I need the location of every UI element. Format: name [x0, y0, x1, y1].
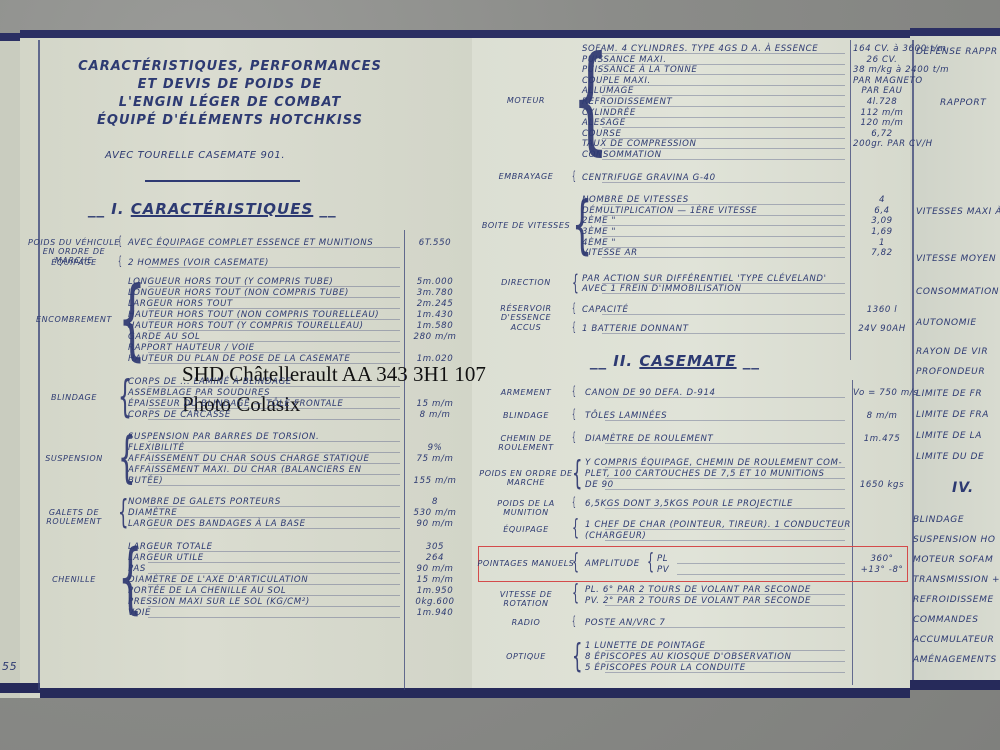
row-group-label: VITESSE DE ROTATION [476, 590, 576, 608]
row-text: PAS [128, 564, 146, 574]
row-text: PV [657, 565, 669, 575]
leader-line [148, 595, 400, 596]
row-value: +13° -8° [853, 565, 911, 575]
row-group-label: OPTIQUE [476, 652, 576, 661]
brace-icon: { [572, 303, 576, 314]
right-row-label: LIMITE DE FRA [916, 410, 989, 420]
leader-line [605, 672, 845, 673]
leader-line [602, 215, 845, 216]
title-line-1: CARACTÉRISTIQUES, PERFORMANCES [60, 58, 400, 76]
leader-line [148, 517, 400, 518]
row-group-label: DIRECTION [476, 278, 576, 287]
leader-line [148, 363, 400, 364]
leader-line [148, 551, 400, 552]
right-row-label: COMMANDES [913, 615, 979, 625]
row-group-label: CHEMIN DE ROULEMENT [476, 434, 576, 452]
row-text: PL [657, 554, 668, 564]
leader-line [602, 333, 845, 334]
row-value: 9% [405, 443, 465, 453]
row-value: 15 m/m [405, 399, 465, 409]
row-value: 4l.728 [853, 97, 911, 107]
row-value: 24V 90AH [853, 324, 911, 334]
title-rule [145, 180, 300, 182]
row-group-label: CHENILLE [28, 575, 120, 584]
brace-icon: { [572, 583, 579, 605]
brace-icon: { [647, 552, 654, 574]
row-value: 8 [405, 497, 465, 507]
row-group-label: ACCUS [476, 323, 576, 332]
row-value: 200gr. PAR CV/H [853, 139, 911, 149]
leader-line [148, 341, 400, 342]
right-row-label: LIMITE DE LA [916, 431, 982, 441]
right-row-label: ACCUMULATEUR [913, 635, 994, 645]
left-folded-edge [0, 38, 20, 698]
row-group-label: BOITE DE VITESSES [476, 221, 576, 230]
brace-icon: { [572, 432, 576, 443]
brace-icon: { [118, 236, 122, 247]
leader-line [602, 182, 845, 183]
leader-line [677, 574, 845, 575]
row-value: 3m.780 [405, 288, 465, 298]
row-value: 1m.950 [405, 586, 465, 596]
brace-icon: { [572, 616, 576, 627]
right-row-label: VITESSES MAXI À 3 [916, 207, 1000, 217]
border-bottom [40, 688, 910, 698]
row-value: PAR MAGNETO [853, 76, 911, 86]
right-row-label: RAPPORT [940, 98, 986, 108]
row-value: 75 m/m [405, 454, 465, 464]
row-value: 38 m/kg à 2400 t/m [853, 65, 911, 75]
row-value: 155 m/m [405, 476, 465, 486]
value-column-line-mid-top [850, 40, 851, 360]
row-value: 112 m/m [853, 108, 911, 118]
leader-line [605, 397, 845, 398]
document-title: CARACTÉRISTIQUES, PERFORMANCES ET DEVIS … [60, 58, 400, 130]
leader-line [602, 127, 845, 128]
border-top-right [910, 28, 1000, 36]
border-top-left-edge [0, 33, 20, 41]
leader-line [148, 247, 400, 248]
leader-line [605, 508, 845, 509]
leader-line [148, 267, 400, 268]
leader-line [602, 117, 845, 118]
right-row-label: BLINDAGE [913, 515, 964, 525]
row-value: 1360 l [853, 305, 911, 315]
row-value: 1650 kgs [853, 480, 911, 490]
leader-line [605, 605, 845, 606]
document-subtitle: AVEC TOURELLE CASEMATE 901. [105, 150, 285, 161]
brace-icon: { [572, 456, 583, 489]
row-group-label: EMBRAYAGE [476, 172, 576, 181]
row-group-label: ÉQUIPAGE [28, 258, 120, 267]
leader-line [605, 594, 845, 595]
leader-line [602, 106, 845, 107]
brace-icon: { [572, 386, 576, 397]
row-group-label: BLINDAGE [476, 411, 576, 420]
brace-icon: { [572, 322, 576, 333]
leader-line [602, 257, 845, 258]
section-2-heading: __ II. CASEMATE __ [590, 352, 760, 370]
row-group-label: GALETS DE ROULEMENT [28, 508, 120, 526]
row-value: Vo = 750 m/s [853, 388, 911, 398]
right-row-label: REFROIDISSEME [913, 595, 994, 605]
leader-line [602, 247, 845, 248]
row-value: 264 [405, 553, 465, 563]
section-4-heading: IV. [952, 480, 974, 496]
leader-line [148, 617, 400, 618]
section-1-number: I. [111, 200, 124, 218]
leader-line [148, 408, 400, 409]
leader-line [148, 452, 400, 453]
row-value: 26 CV. [853, 55, 911, 65]
right-row-label: TRANSMISSION + [913, 575, 1000, 585]
right-row-label: RAYON DE VIR [916, 347, 988, 357]
row-group-label: ÉQUIPAGE [476, 525, 576, 534]
border-bottom-edge [0, 683, 40, 693]
row-value: 8 m/m [853, 411, 911, 421]
row-value: PAR EAU [853, 86, 911, 96]
leader-line [148, 386, 400, 387]
row-group-label: RADIO [476, 618, 576, 627]
leader-line [602, 314, 845, 315]
right-row-label: AMÉNAGEMENTS (T [913, 655, 1000, 665]
leader-line [148, 419, 400, 420]
section-1-title: CARACTÉRISTIQUES [131, 200, 314, 218]
title-line-3: L'ENGIN LÉGER DE COMBAT [60, 94, 400, 112]
leader-line [148, 397, 400, 398]
brace-icon: { [118, 495, 129, 528]
row-value: 6,4 [853, 206, 911, 216]
row-value: 305 [405, 542, 465, 552]
leader-line [605, 467, 845, 468]
row-group-label: SUSPENSION [28, 454, 120, 463]
leader-line [605, 627, 845, 628]
row-group-label: ARMEMENT [476, 388, 576, 397]
leader-line [148, 330, 400, 331]
page-number: 55 [2, 660, 17, 673]
leader-line [148, 319, 400, 320]
leader-line [148, 308, 400, 309]
border-top-left [20, 30, 472, 38]
row-value: 90 m/m [405, 519, 465, 529]
row-value: 1,69 [853, 227, 911, 237]
row-group-label: POIDS DE LA MUNITION [476, 499, 576, 517]
right-row-label: CONSOMMATION [916, 287, 999, 297]
right-row-label: AUTONOMIE [916, 318, 977, 328]
row-group-label: MOTEUR [476, 96, 576, 105]
row-value: 3,09 [853, 216, 911, 226]
leader-line [605, 478, 845, 479]
right-row-label: SUSPENSION HO [913, 535, 996, 545]
row-value: 15 m/m [405, 575, 465, 585]
leader-line [148, 562, 400, 563]
leader-line [602, 236, 845, 237]
brace-icon: { [572, 518, 579, 540]
row-value: 90 m/m [405, 564, 465, 574]
row-value: 4 [853, 195, 911, 205]
row-group-label: RÉSERVOIR D'ESSENCE [476, 304, 576, 322]
row-value: 1m.580 [405, 321, 465, 331]
leader-line [605, 661, 845, 662]
row-value: 164 CV. à 3600 t/m [853, 44, 911, 54]
brace-icon: { [572, 409, 576, 420]
value-column-line-mid-bottom [852, 380, 853, 685]
leader-line [605, 650, 845, 651]
leader-line [148, 286, 400, 287]
leader-line [148, 463, 400, 464]
right-row-label: LIMITE DU DE [916, 452, 984, 462]
brace-icon: { [572, 639, 583, 672]
row-group-label: POIDS EN ORDRE DE MARCHE [476, 469, 576, 487]
frame-line-left [38, 40, 40, 690]
leader-line [605, 529, 845, 530]
row-value: 1m.020 [405, 354, 465, 364]
border-bottom-right [910, 680, 1000, 690]
row-value: 5m.000 [405, 277, 465, 287]
leader-line [605, 443, 845, 444]
row-value: 1m.475 [853, 434, 911, 444]
section-2-title: CASEMATE [639, 352, 736, 370]
section-2-number: II. [613, 352, 633, 370]
leader-line [602, 225, 845, 226]
row-sub-label: AMPLITUDE [585, 559, 640, 569]
row-value: 1m.940 [405, 608, 465, 618]
row-value: 1m.430 [405, 310, 465, 320]
leader-line [148, 352, 400, 353]
row-value: 2m.245 [405, 299, 465, 309]
leader-line [148, 606, 400, 607]
brace-icon: { [572, 171, 576, 182]
right-row-label: PROFONDEUR [916, 367, 985, 377]
right-row-label: VITESSE MOYEN [916, 254, 996, 264]
right-row-label: MOTEUR SOFAM [913, 555, 993, 565]
row-group-label: POINTAGES MANUELS [476, 559, 576, 568]
title-line-4: ÉQUIPÉ D'ÉLÉMENTS HOTCHKISS [60, 112, 400, 130]
leader-line [148, 584, 400, 585]
panel-right [910, 33, 1000, 683]
leader-line [677, 563, 845, 564]
leader-line [602, 293, 845, 294]
leader-line [148, 297, 400, 298]
brace-icon: { [118, 256, 122, 267]
right-row-label: DÉFENSE RAPPR [916, 47, 998, 57]
row-value: 6T.550 [405, 238, 465, 248]
row-group-label: BLINDAGE [28, 393, 120, 402]
border-top-mid [472, 30, 910, 38]
leader-line [605, 489, 845, 490]
leader-line [605, 540, 845, 541]
row-value: 7,82 [853, 248, 911, 258]
brace-icon: { [572, 272, 579, 293]
row-value: 6,72 [853, 129, 911, 139]
row-value: 8 m/m [405, 410, 465, 420]
leader-line [602, 85, 845, 86]
leader-line [148, 506, 400, 507]
row-group-label: ENCOMBREMENT [28, 315, 120, 324]
brace-icon: { [572, 497, 576, 508]
title-line-2: ET DEVIS DE POIDS DE [60, 76, 400, 94]
leader-line [148, 474, 400, 475]
row-value: 1 [853, 238, 911, 248]
leader-line [602, 159, 845, 160]
row-value: 530 m/m [405, 508, 465, 518]
section-1-heading: __ I. CARACTÉRISTIQUES __ [88, 200, 337, 218]
leader-line [148, 485, 400, 486]
right-row-label: LIMITE DE FR [916, 389, 982, 399]
row-value: 280 m/m [405, 332, 465, 342]
leader-line [148, 441, 400, 442]
row-value: 0kg.600 [405, 597, 465, 607]
leader-line [605, 420, 845, 421]
brace-icon: { [572, 552, 579, 574]
leader-line [148, 573, 400, 574]
row-value: 120 m/m [853, 118, 911, 128]
row-value: 360° [853, 554, 911, 564]
leader-line [148, 528, 400, 529]
